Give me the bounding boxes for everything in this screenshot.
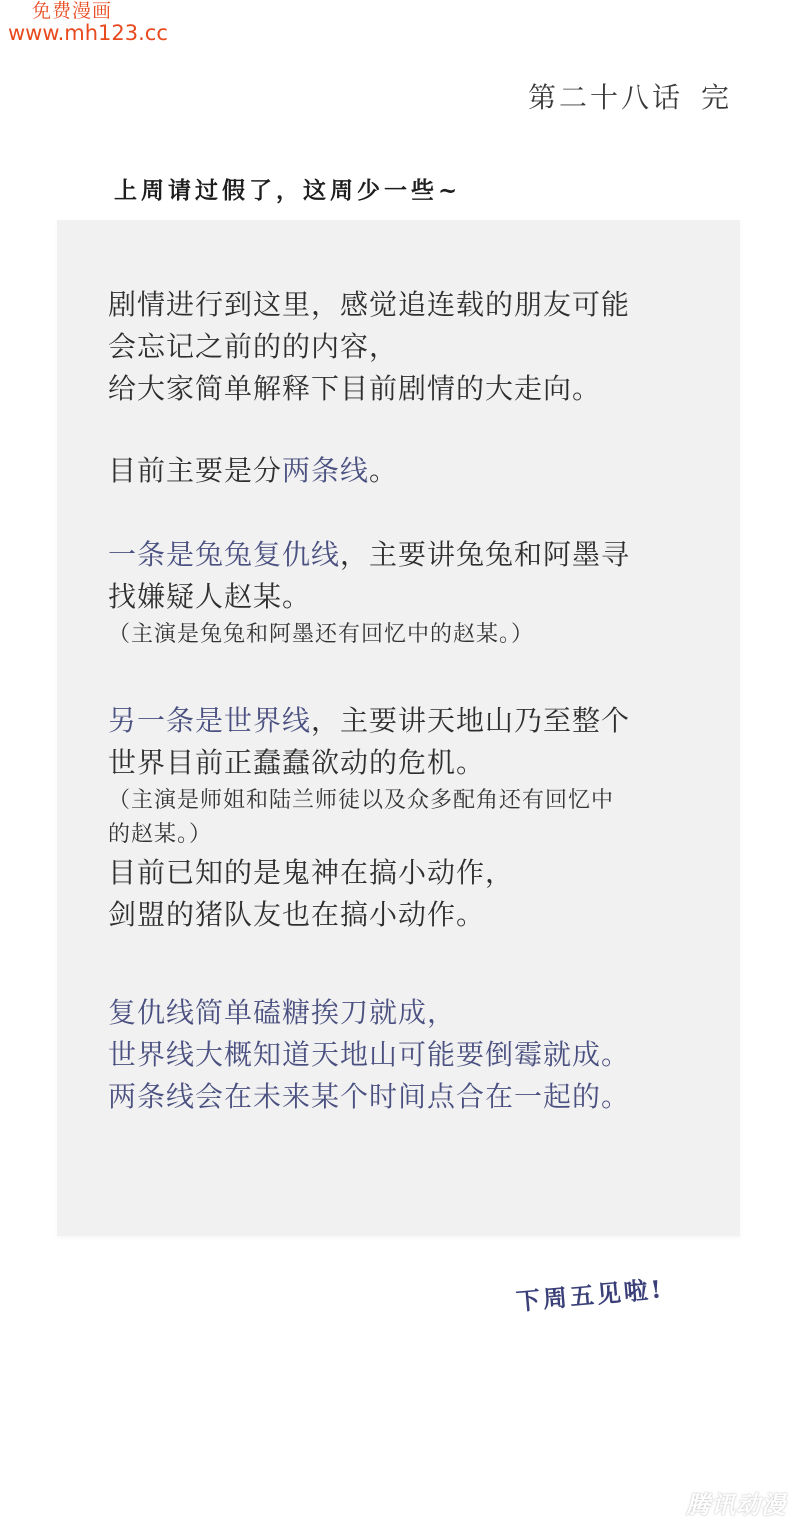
world-line-title: 另一条是世界线 (108, 704, 311, 737)
author-note: 上周请过假了，这周少一些~ (114, 172, 461, 205)
intro-line: 会忘记之前的的内容， (108, 326, 630, 368)
chapter-status: 完 (701, 81, 732, 114)
intro-line: 剧情进行到这里，感觉追连载的朋友可能 (108, 284, 630, 326)
closing-paragraph: 复仇线简单磕糖挨刀就成， 世界线大概知道天地山可能要倒霉就成。 两条线会在未来某… (108, 992, 630, 1118)
chapter-number: 第二十八话 (528, 81, 683, 114)
summary-suffix: 。 (369, 454, 398, 487)
summary-highlight: 两条线 (282, 454, 369, 487)
revenge-line-cast-note: （主演是兔兔和阿墨还有回忆中的赵某。） (108, 618, 630, 652)
closing-line: 两条线会在未来某个时间点合在一起的。 (108, 1076, 630, 1118)
summary-paragraph: 目前主要是分两条线。 (108, 450, 398, 492)
world-line-cast-note: （主演是师姐和陆兰师徒以及众多配角还有回忆中 (108, 784, 630, 818)
site-watermark: 免费漫画 www.mh123.cc (8, 2, 168, 44)
sign-off-note: 下周五见啦! (514, 1269, 665, 1317)
intro-line: 给大家简单解释下目前剧情的大走向。 (108, 368, 630, 410)
world-line-paragraph: 另一条是世界线，主要讲天地山乃至整个 世界目前正蠢蠢欲动的危机。 （主演是师姐和… (108, 700, 630, 936)
world-line-desc: ，主要讲天地山乃至整个 (311, 704, 630, 737)
world-line-extra: 目前已知的是鬼神在搞小动作， (108, 852, 630, 894)
revenge-line-paragraph: 一条是兔兔复仇线，主要讲兔兔和阿墨寻 找嫌疑人赵某。 （主演是兔兔和阿墨还有回忆… (108, 534, 630, 652)
watermark-title: 免费漫画 (32, 2, 168, 22)
world-line-desc-2: 世界目前正蠢蠢欲动的危机。 (108, 742, 630, 784)
chapter-end-title: 第二十八话完 (528, 76, 732, 116)
revenge-line-desc-2: 找嫌疑人赵某。 (108, 576, 630, 618)
world-line-extra-2: 剑盟的猪队友也在搞小动作。 (108, 894, 630, 936)
watermark-url: www.mh123.cc (8, 22, 168, 44)
closing-line: 复仇线简单磕糖挨刀就成， (108, 992, 630, 1034)
summary-prefix: 目前主要是分 (108, 454, 282, 487)
intro-paragraph: 剧情进行到这里，感觉追连载的朋友可能 会忘记之前的的内容， 给大家简单解释下目前… (108, 284, 630, 410)
revenge-line-title: 一条是兔兔复仇线 (108, 538, 340, 571)
closing-line: 世界线大概知道天地山可能要倒霉就成。 (108, 1034, 630, 1076)
revenge-line-desc: ，主要讲兔兔和阿墨寻 (340, 538, 630, 571)
world-line-cast-note-2: 的赵某。） (108, 818, 630, 852)
tencent-comic-logo: 腾讯动漫 (686, 1485, 786, 1520)
